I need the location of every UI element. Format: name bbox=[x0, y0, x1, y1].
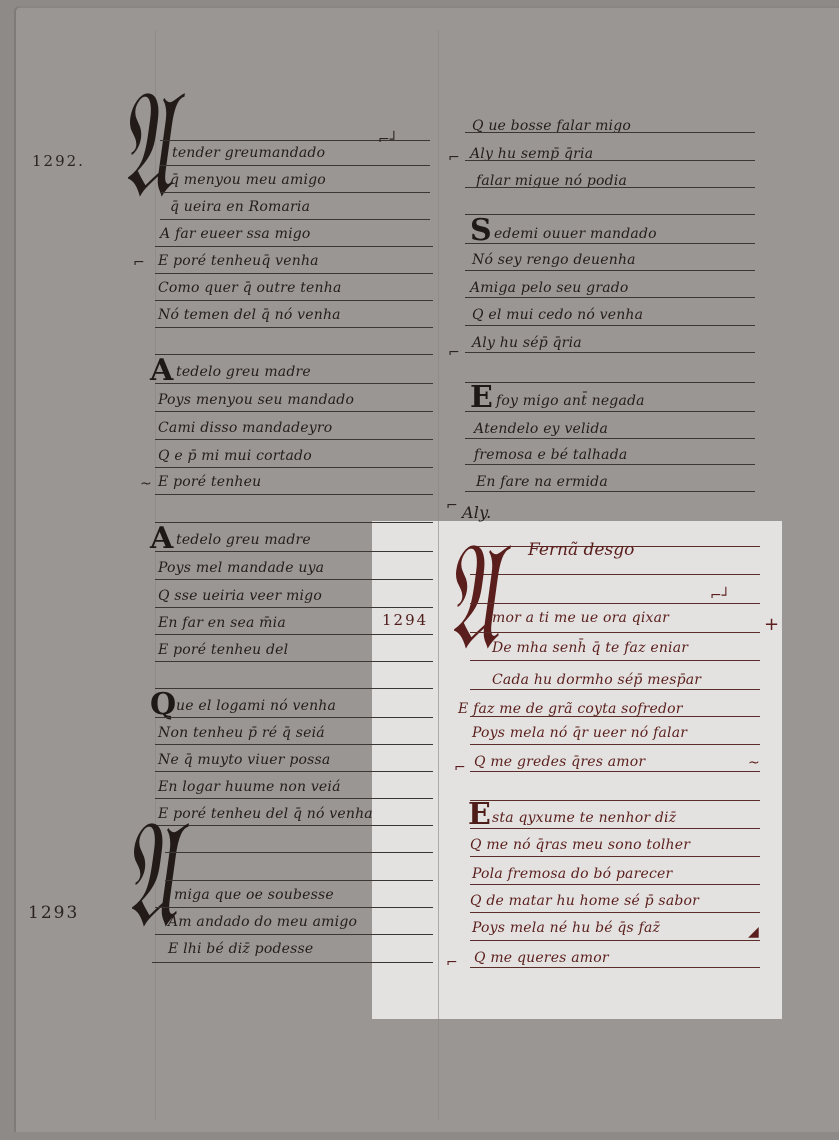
ruling-line bbox=[155, 579, 433, 580]
margin-number-1293: 1293 bbox=[28, 903, 79, 923]
ruling-line bbox=[155, 717, 433, 718]
ruling-line bbox=[165, 880, 433, 881]
verse-line: Amiga pelo seu grado bbox=[470, 280, 629, 296]
ruling-line bbox=[155, 771, 433, 772]
paragraph-mark: ⌐ bbox=[133, 255, 145, 271]
verse-line: q̄ ueira en Romaria bbox=[170, 199, 310, 215]
ruling-line bbox=[470, 603, 760, 604]
ruling-line bbox=[155, 494, 433, 495]
verse-line: tedelo greu madre bbox=[176, 364, 311, 380]
ruling-line bbox=[465, 160, 755, 161]
ruling-line bbox=[155, 825, 433, 826]
ruling-line bbox=[465, 438, 755, 439]
ruling-line bbox=[155, 300, 433, 301]
verse-line: En far en sea m̄ia bbox=[158, 615, 286, 631]
ruling-line bbox=[155, 907, 433, 908]
verse-line: Atendelo ey velida bbox=[474, 421, 608, 437]
ruling-line bbox=[470, 828, 760, 829]
ruling-line bbox=[155, 467, 433, 468]
verse-line: Pola fremosa do bó parecer bbox=[472, 866, 672, 882]
ruling-line bbox=[470, 771, 760, 772]
ruling-line bbox=[470, 800, 760, 801]
verse-line: Q me gredes q̄res amor bbox=[474, 754, 645, 770]
verse-line: Poys menyou seu mandado bbox=[158, 392, 354, 408]
verse-line: E poré tenheu del q̄ nó venha bbox=[158, 806, 373, 822]
verse-line: Cami disso mandadeyro bbox=[158, 420, 332, 436]
ruling-line bbox=[155, 634, 433, 635]
paragraph-mark: ⌐ bbox=[448, 345, 460, 361]
verse-line: fremosa e bé talhada bbox=[474, 447, 627, 463]
verse-line: E poré tenheu bbox=[158, 474, 261, 490]
plus-mark: + bbox=[764, 614, 779, 635]
verse-line: Nó temen del q̄ nó venha bbox=[158, 307, 341, 323]
verse-line: E poré tenheu del bbox=[158, 642, 288, 658]
verse-line: Ne q̄ muyto viuer possa bbox=[158, 752, 330, 768]
ruling-line bbox=[155, 273, 433, 274]
ruling-line bbox=[155, 246, 433, 247]
ruling-line bbox=[470, 912, 760, 913]
verse-line: mor a ti me ue ora qixar bbox=[492, 610, 669, 626]
paragraph-mark: ⌐ bbox=[448, 150, 460, 166]
ruling-line bbox=[465, 270, 755, 271]
catchword-mark: ⌐┘ bbox=[378, 132, 398, 148]
ruling-line bbox=[465, 411, 755, 412]
verse-line: tedelo greu madre bbox=[176, 532, 311, 548]
verse-line: Poys mela nó q̄r ueer nó falar bbox=[472, 725, 687, 741]
verse-line: ue el logami nó venha bbox=[176, 698, 336, 714]
verse-line: Non tenheu p̄ ré q̄ seiá bbox=[158, 725, 325, 741]
verse-line: edemi ouuer mandado bbox=[494, 226, 657, 242]
verse-line: En fare na ermida bbox=[476, 474, 608, 490]
ruling-line bbox=[465, 187, 755, 188]
ruling-line bbox=[465, 352, 755, 353]
stanza-initial: A bbox=[150, 356, 173, 386]
caret-mark: ◢ bbox=[748, 924, 759, 940]
ruling-line bbox=[470, 689, 760, 690]
ruling-line bbox=[155, 607, 433, 608]
verse-line: A far eueer ssa migo bbox=[160, 226, 311, 242]
ruling-line bbox=[155, 411, 433, 412]
verse-line: miga que oe soubesse bbox=[174, 887, 334, 903]
ruling-line bbox=[155, 383, 433, 384]
verse-line: En logar huume non veiá bbox=[158, 779, 341, 795]
verse-line: Am andado do meu amigo bbox=[168, 914, 357, 930]
ruling-line bbox=[155, 688, 433, 689]
verse-line: Poys mela né hu bé q̄s faz̄ bbox=[472, 920, 660, 936]
margin-number-1294: 1294 bbox=[382, 611, 428, 629]
ornamental-initial-a-3: 𝔄 bbox=[444, 522, 499, 672]
ruling-line bbox=[465, 491, 755, 492]
verse-line: Como quer q̄ outre tenha bbox=[158, 280, 342, 296]
ruling-line bbox=[465, 464, 755, 465]
ruling-line bbox=[155, 522, 433, 523]
verse-line: E faz me de grã coyta sofredor bbox=[458, 701, 683, 717]
ruling-line bbox=[465, 243, 755, 244]
tilde-mark: ~ bbox=[748, 755, 760, 771]
verse-line: Poys mel mandade uya bbox=[158, 560, 324, 576]
ruling-line bbox=[470, 716, 760, 717]
verse-line: Cada hu dormho sép̄ mesp̄ar bbox=[492, 672, 701, 688]
ruling-line bbox=[465, 325, 755, 326]
ruling-line bbox=[155, 934, 433, 935]
verse-line: tender greumandado bbox=[172, 145, 325, 161]
paragraph-mark: ⌐ bbox=[454, 760, 466, 776]
stanza-initial: Q bbox=[150, 690, 176, 720]
ruling-line bbox=[155, 439, 433, 440]
ornamental-initial-a-1: 𝔄 bbox=[118, 70, 173, 220]
verse-line: Q e p̄ mi mui cortado bbox=[158, 448, 312, 464]
ruling-line bbox=[470, 574, 760, 575]
ruling-line bbox=[155, 661, 433, 662]
ruling-line bbox=[465, 214, 755, 215]
stanza-initial: E bbox=[468, 800, 491, 830]
catchword-mark: ⌐┘ bbox=[710, 588, 730, 604]
ruling-line bbox=[160, 165, 430, 166]
paragraph-mark: ⌐ bbox=[446, 955, 458, 971]
ruling-line bbox=[470, 632, 760, 633]
verse-line: Q el mui cedo nó venha bbox=[472, 307, 643, 323]
ruling-line bbox=[160, 192, 430, 193]
ruling-line bbox=[470, 856, 760, 857]
verse-line: De mha senh̄ q̄ te faz eniar bbox=[492, 640, 688, 656]
ruling-line bbox=[160, 219, 430, 220]
ruling-line bbox=[470, 744, 760, 745]
verse-line: foy migo ant̄ negada bbox=[496, 393, 645, 409]
ruling-line bbox=[470, 967, 760, 968]
ruling-line bbox=[155, 354, 433, 355]
stanza-initial: S bbox=[470, 216, 492, 246]
ruling-line bbox=[465, 132, 755, 133]
margin-rule-center bbox=[438, 30, 439, 1120]
verse-line: Q me nó q̄ras meu sono tolher bbox=[470, 837, 690, 853]
verse-line: Nó sey rengo deuenha bbox=[472, 252, 636, 268]
ruling-line bbox=[155, 744, 433, 745]
ruling-line bbox=[165, 852, 433, 853]
verse-line: sta qyxume te nenhor diz̄ bbox=[492, 810, 676, 826]
margin-number-1292: 1292. bbox=[32, 152, 85, 170]
stanza-initial: E bbox=[470, 383, 493, 413]
verse-line: Q de matar hu home sé p̄ sabor bbox=[470, 893, 699, 909]
ruling-line bbox=[465, 382, 755, 383]
tilde-mark: ~ bbox=[140, 476, 152, 492]
ruling-line bbox=[470, 660, 760, 661]
verse-line: E lhi bé diz̄ podesse bbox=[168, 941, 313, 957]
ruling-line bbox=[470, 940, 760, 941]
ruling-line bbox=[152, 962, 433, 963]
verse-line: Q me queres amor bbox=[474, 950, 609, 966]
ruling-line bbox=[470, 884, 760, 885]
ruling-line bbox=[155, 798, 433, 799]
ruling-line bbox=[155, 551, 433, 552]
verse-line: E poré tenheuq̄ venha bbox=[158, 253, 319, 269]
author-heading: Fernã desgo bbox=[528, 540, 634, 560]
stanza-initial: A bbox=[150, 524, 173, 554]
verse-line: Q sse ueiria veer migo bbox=[158, 588, 322, 604]
ruling-line bbox=[155, 327, 433, 328]
ruling-line bbox=[465, 297, 755, 298]
verse-line: Aly hu sép̄ q̄ria bbox=[472, 335, 582, 351]
verse-line: q̄ menyou meu amigo bbox=[170, 172, 326, 188]
